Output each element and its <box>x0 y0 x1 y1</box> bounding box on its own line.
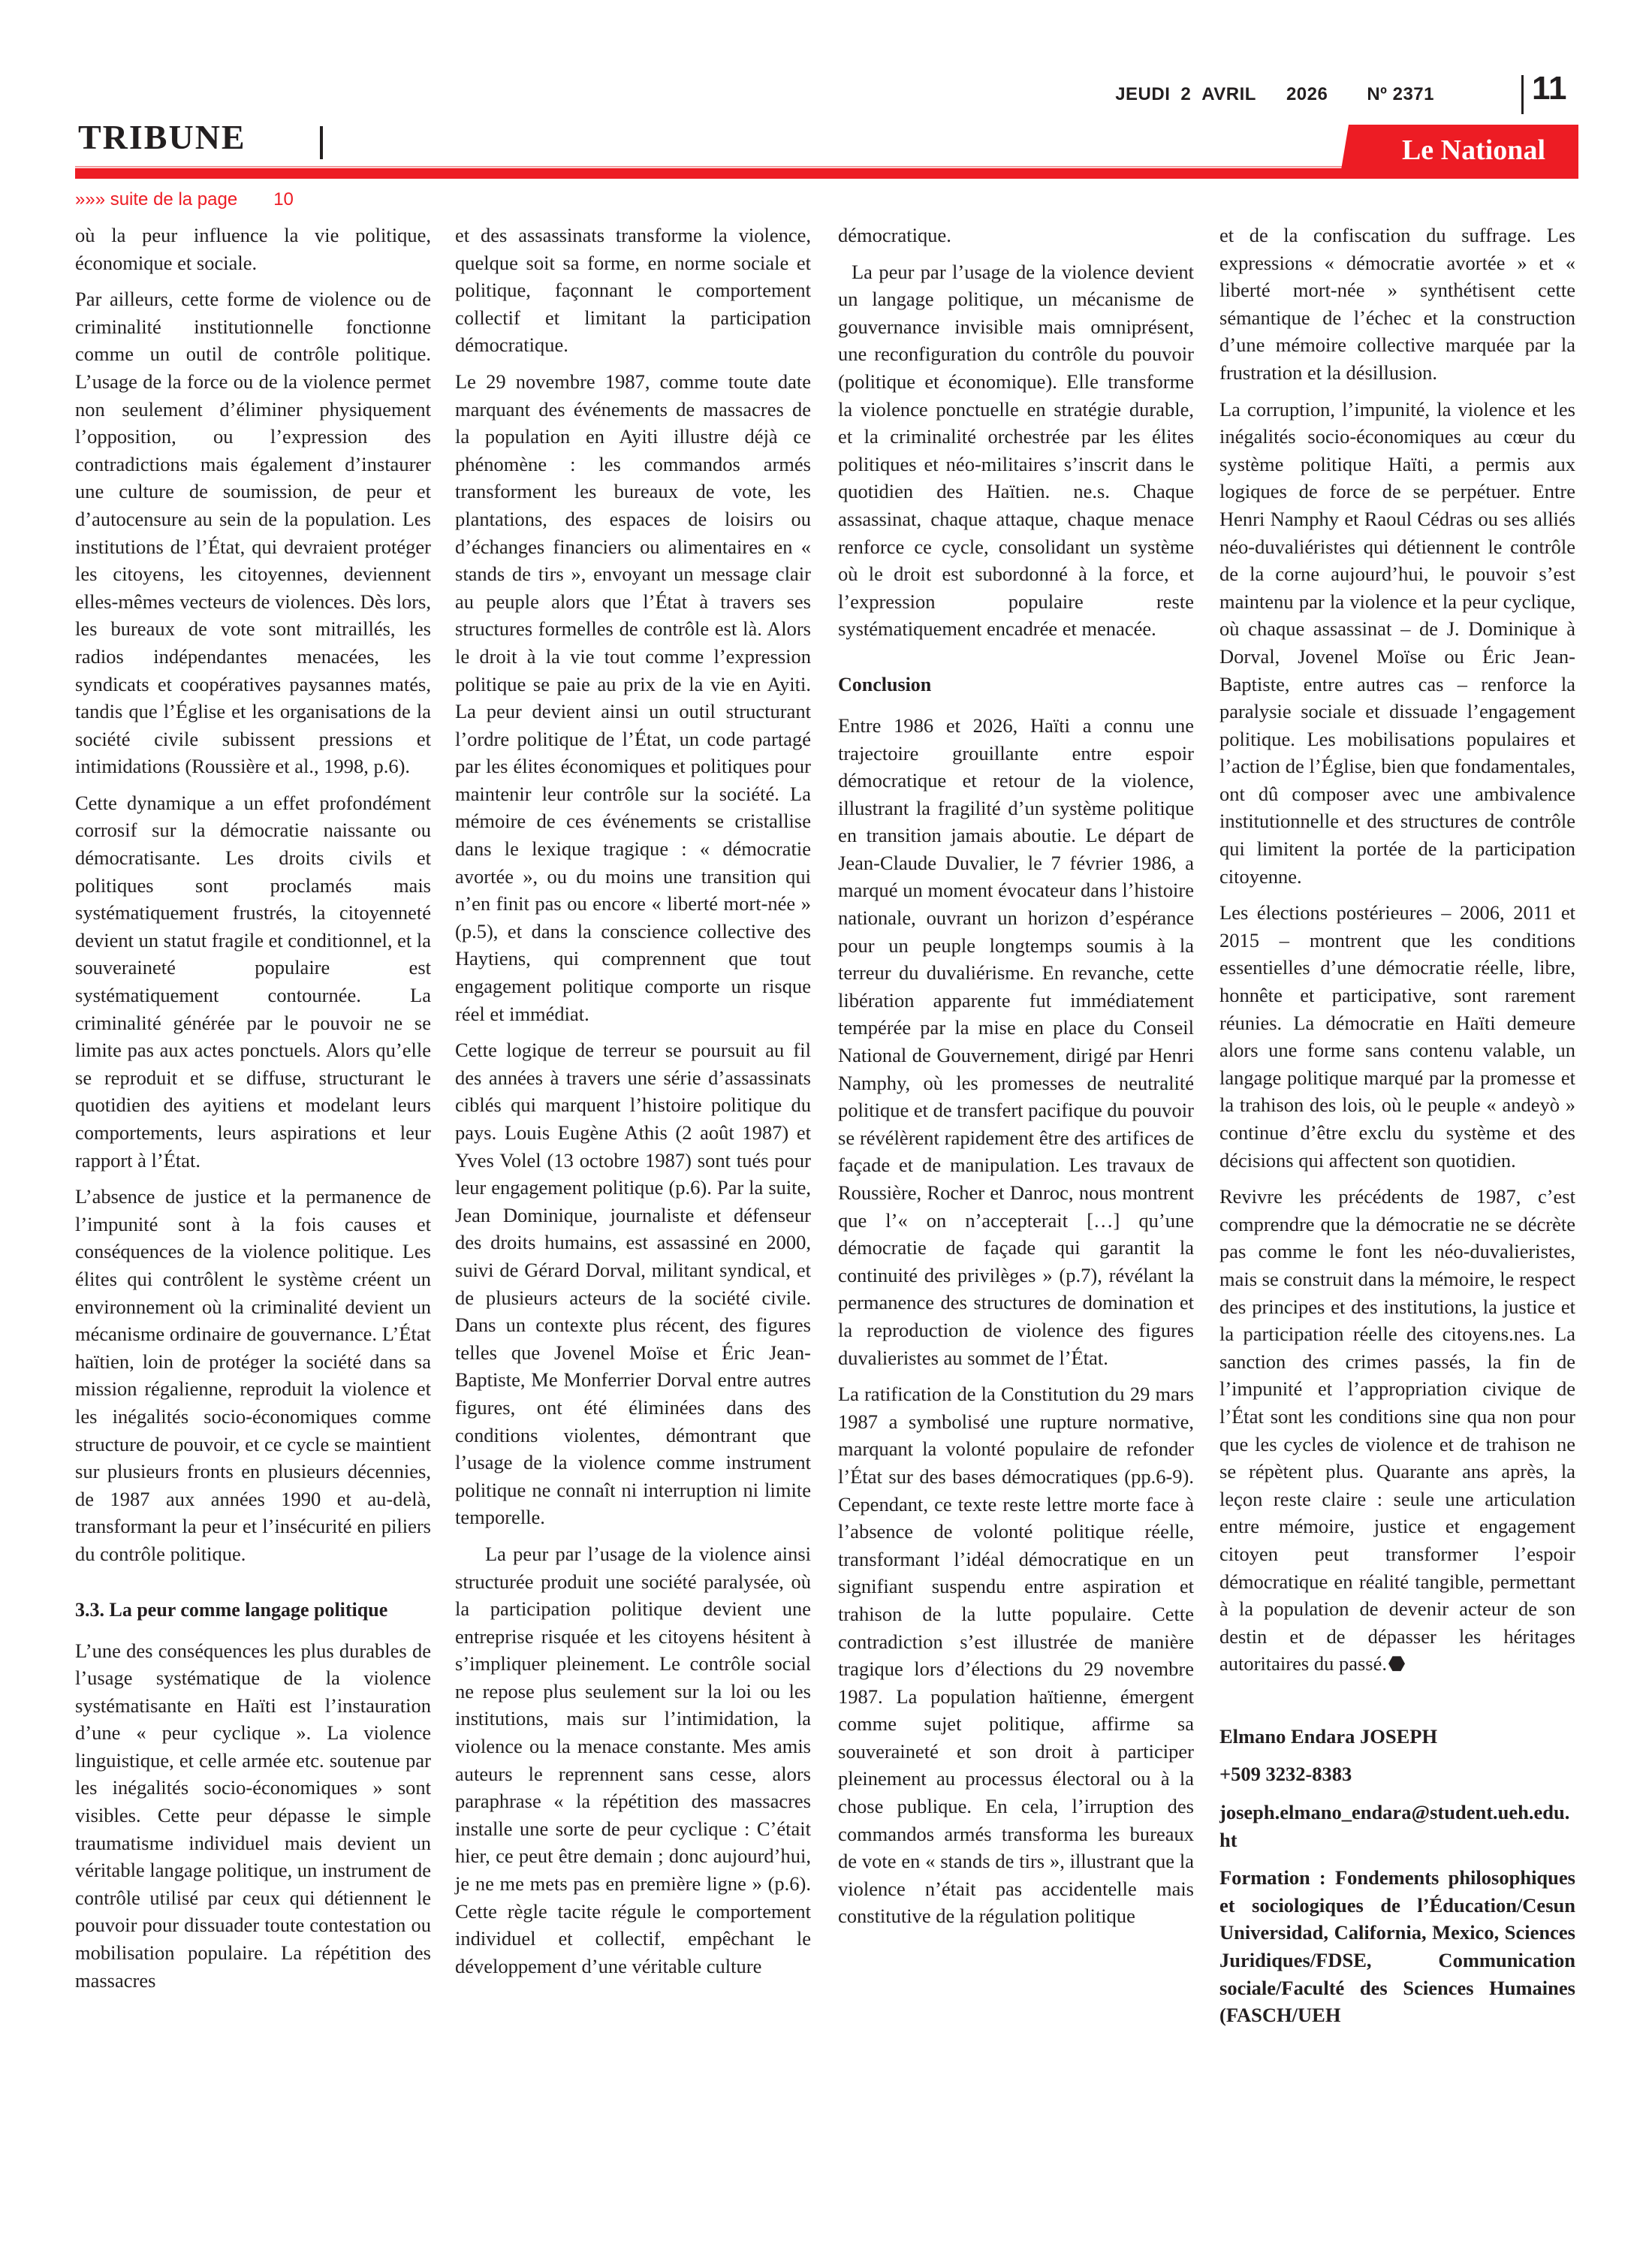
paragraph: Cette logique de terreur se poursuit au … <box>455 1036 811 1531</box>
issue-number: Nº 2371 <box>1367 84 1434 105</box>
dateline-day: JEUDI <box>1115 84 1170 105</box>
author-email[interactable]: joseph.elmano_endara@student.ueh.edu.ht <box>1219 1799 1575 1853</box>
article-column-4: et de la confiscation du suffrage. Les e… <box>1219 222 1575 2040</box>
continued-from[interactable]: »»» suite de la page10 <box>75 189 294 210</box>
article-column-2: et des assassinats transforme la violenc… <box>455 222 811 1989</box>
paragraph: Les élections postérieures – 2006, 2011 … <box>1219 899 1575 1174</box>
hexagon-end-mark-icon <box>1388 1655 1405 1672</box>
paragraph: et de la confiscation du suffrage. Les e… <box>1219 222 1575 387</box>
paragraph: La corruption, l’impunité, la violence e… <box>1219 396 1575 891</box>
dateline-year: 2026 <box>1286 84 1328 105</box>
brand-name: Le National <box>1402 134 1545 167</box>
page-number: 11 <box>1532 72 1567 105</box>
dateline: JEUDI 2 AVRIL 2026 Nº 2371 <box>1115 84 1434 105</box>
section-title: TRIBUNE <box>78 120 246 155</box>
section-divider <box>320 126 323 159</box>
paragraph: Cette dynamique a un effet profondément … <box>75 789 431 1174</box>
author-name: Elmano Endara JOSEPH <box>1219 1723 1575 1751</box>
paragraph: Revivre les précédents de 1987, c’est co… <box>1219 1183 1575 1678</box>
paragraph: et des assassinats transforme la violenc… <box>455 222 811 359</box>
article-column-1: où la peur influence la vie politique, é… <box>75 222 431 2003</box>
conclusion-heading: Conclusion <box>838 671 1194 698</box>
author-phone[interactable]: +509 3232-8383 <box>1219 1760 1575 1788</box>
paragraph-text: Revivre les précédents de 1987, c’est co… <box>1219 1185 1575 1675</box>
subheading: 3.3. La peur comme langage politique <box>75 1597 431 1624</box>
paragraph: où la peur influence la vie politique, é… <box>75 222 431 276</box>
brand-tab: Le National <box>1340 125 1578 179</box>
paragraph: Par ailleurs, cette forme de violence ou… <box>75 285 431 780</box>
paragraph: La peur par l’usage de la violence ainsi… <box>455 1540 811 1980</box>
dateline-month: AVRIL <box>1201 84 1256 105</box>
article-column-3: démocratique. La peur par l’usage de la … <box>838 222 1194 1939</box>
paragraph: démocratique. <box>838 222 1194 249</box>
page-number-divider <box>1521 75 1524 114</box>
continued-from-label: »»» suite de la page <box>75 189 237 210</box>
header-rule-thin <box>75 166 1344 167</box>
author-formation: Formation : Fondements philosophiques et… <box>1219 1864 1575 2029</box>
paragraph: Le 29 novembre 1987, comme toute date ma… <box>455 368 811 1027</box>
paragraph: L’absence de justice et la permanence de… <box>75 1183 431 1567</box>
paragraph: La ratification de la Constitution du 29… <box>838 1380 1194 1930</box>
author-signature: Elmano Endara JOSEPH +509 3232-8383 jose… <box>1219 1723 1575 2029</box>
dateline-date: 2 <box>1180 84 1191 105</box>
continued-page-number: 10 <box>273 189 294 210</box>
paragraph: La peur par l’usage de la violence devie… <box>838 258 1194 643</box>
paragraph: Entre 1986 et 2026, Haïti a connu une tr… <box>838 712 1194 1371</box>
paragraph: L’une des conséquences les plus durables… <box>75 1637 431 1995</box>
